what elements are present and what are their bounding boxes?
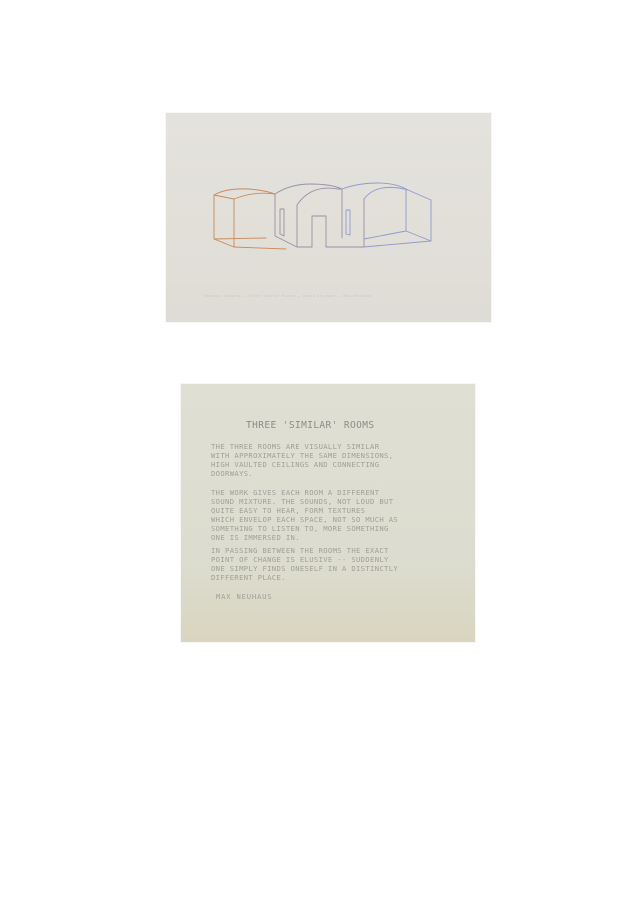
signature: Max Neuhaus	[216, 592, 272, 601]
drawing-caption: Neuhaus Drawing — Three 'Similar' Rooms …	[204, 294, 454, 298]
paragraph-sound: The work gives each room a different sou…	[211, 488, 461, 542]
card-title: Three 'Similar' Rooms	[246, 420, 375, 431]
middle-room-outline	[275, 184, 364, 247]
three-rooms-drawing	[166, 113, 491, 322]
right-room-outline	[342, 183, 431, 247]
text-card: Three 'Similar' Rooms The three rooms ar…	[181, 384, 475, 642]
drawing-card: Neuhaus Drawing — Three 'Similar' Rooms …	[166, 113, 491, 322]
paragraph-transition: In passing between the rooms the exact p…	[211, 546, 461, 582]
paragraph-description: The three rooms are visually similar wit…	[211, 442, 461, 478]
